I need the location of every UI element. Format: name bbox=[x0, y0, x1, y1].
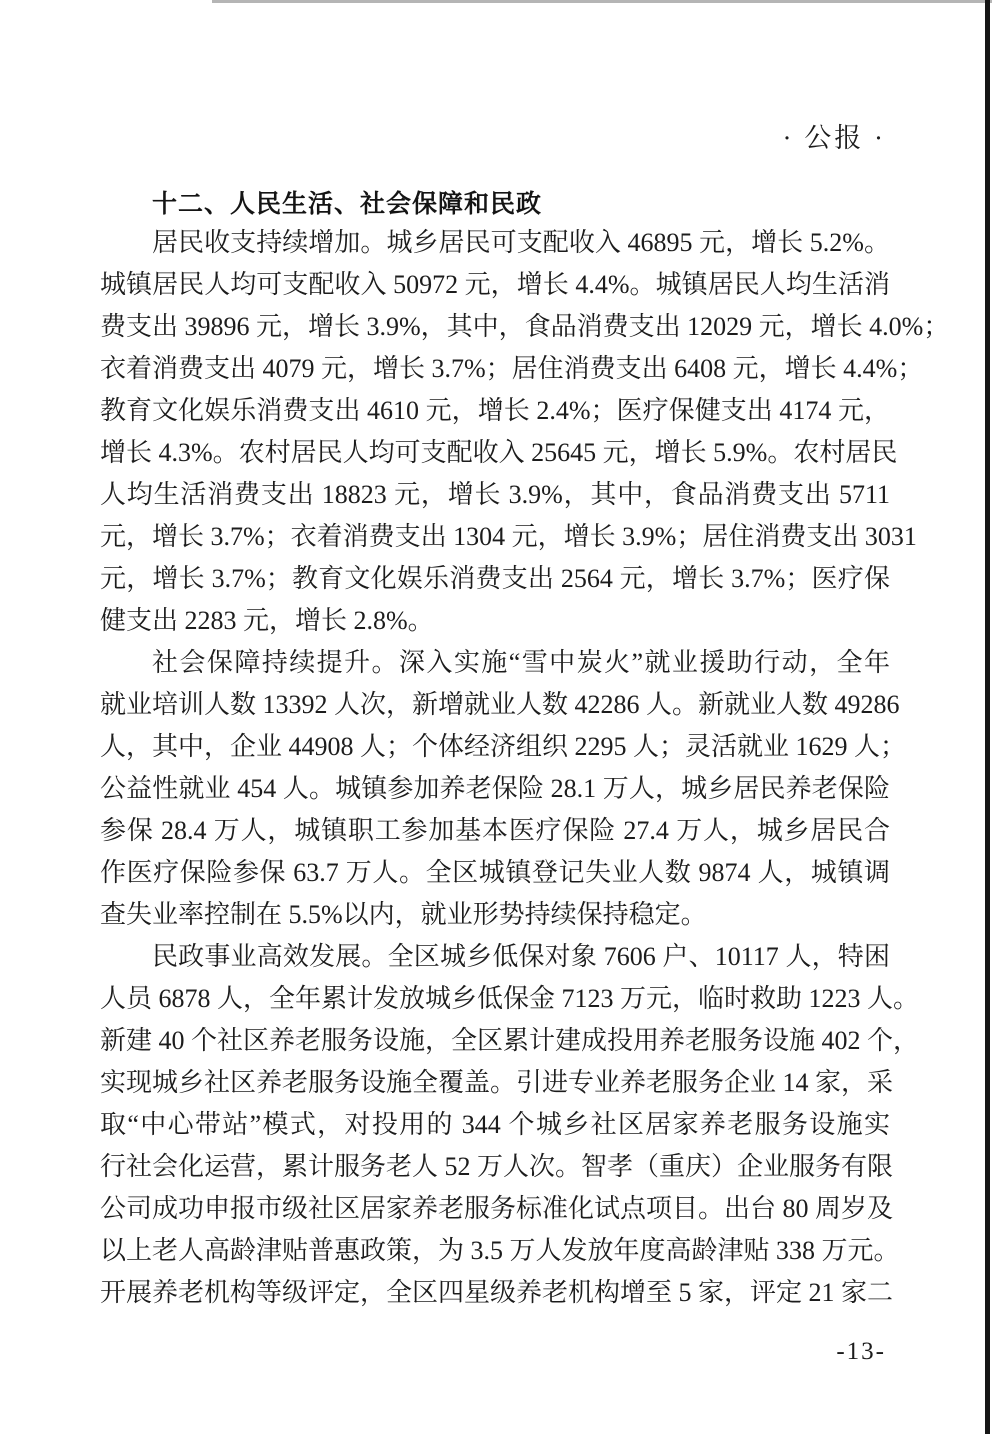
text-line: 居民收支持续增加。城乡居民可支配收入 46895 元，增长 5.2%。 bbox=[100, 222, 890, 264]
text-line: 人员 6878 人，全年累计发放城乡低保金 7123 万元，临时救助 1223 … bbox=[100, 978, 890, 1020]
text-line: 参保 28.4 万人，城镇职工参加基本医疗保险 27.4 万人，城乡居民合 bbox=[100, 810, 890, 852]
text-line: 民政事业高效发展。全区城乡低保对象 7606 户、10117 人，特困 bbox=[100, 936, 890, 978]
text-line: 增长 4.3%。农村居民人均可支配收入 25645 元，增长 5.9%。农村居民 bbox=[100, 432, 890, 474]
text-line: 元，增长 3.7%；衣着消费支出 1304 元，增长 3.9%；居住消费支出 3… bbox=[100, 516, 890, 558]
body-lines: 居民收支持续增加。城乡居民可支配收入 46895 元，增长 5.2%。城镇居民人… bbox=[100, 222, 890, 1314]
text-line: 行社会化运营，累计服务老人 52 万人次。智孝（重庆）企业服务有限 bbox=[100, 1146, 890, 1188]
text-line: 公益性就业 454 人。城镇参加养老保险 28.1 万人，城乡居民养老保险 bbox=[100, 768, 890, 810]
text-line: 人，其中，企业 44908 人；个体经济组织 2295 人；灵活就业 1629 … bbox=[100, 726, 890, 768]
text-line: 查失业率控制在 5.5%以内，就业形势持续保持稳定。 bbox=[100, 894, 890, 936]
text-line: 取“中心带站”模式，对投用的 344 个城乡社区居家养老服务设施实 bbox=[100, 1104, 890, 1146]
text-line: 衣着消费支出 4079 元，增长 3.7%；居住消费支出 6408 元，增长 4… bbox=[100, 348, 890, 390]
text-line: 人均生活消费支出 18823 元，增长 3.9%，其中，食品消费支出 5711 bbox=[100, 474, 890, 516]
right-scan-edge-bar bbox=[985, 0, 990, 1434]
section-title: 十二、人民生活、社会保障和民政 bbox=[152, 182, 542, 226]
document-page: · 公报 · 十二、人民生活、社会保障和民政 居民收支持续增加。城乡居民可支配收… bbox=[0, 0, 992, 1452]
text-line: 公司成功申报市级社区居家养老服务标准化试点项目。出台 80 周岁及 bbox=[100, 1188, 890, 1230]
top-scan-rule bbox=[212, 0, 992, 3]
text-line: 开展养老机构等级评定，全区四星级养老机构增至 5 家，评定 21 家二 bbox=[100, 1272, 890, 1314]
text-line: 就业培训人数 13392 人次，新增就业人数 42286 人。新就业人数 492… bbox=[100, 684, 890, 726]
text-line: 健支出 2283 元，增长 2.8%。 bbox=[100, 600, 890, 642]
text-line: 城镇居民人均可支配收入 50972 元，增长 4.4%。城镇居民人均生活消 bbox=[100, 264, 890, 306]
text-line: 作医疗保险参保 63.7 万人。全区城镇登记失业人数 9874 人，城镇调 bbox=[100, 852, 890, 894]
text-line: 教育文化娱乐消费支出 4610 元，增长 2.4%；医疗保健支出 4174 元， bbox=[100, 390, 890, 432]
text-line: 元，增长 3.7%；教育文化娱乐消费支出 2564 元，增长 3.7%；医疗保 bbox=[100, 558, 890, 600]
running-header: · 公报 · bbox=[783, 116, 886, 155]
text-line: 社会保障持续提升。深入实施“雪中炭火”就业援助行动，全年 bbox=[100, 642, 890, 684]
text-line: 以上老人高龄津贴普惠政策，为 3.5 万人发放年度高龄津贴 338 万元。 bbox=[100, 1230, 890, 1272]
text-line: 实现城乡社区养老服务设施全覆盖。引进专业养老服务企业 14 家，采 bbox=[100, 1062, 890, 1104]
text-line: 新建 40 个社区养老服务设施，全区累计建成投用养老服务设施 402 个， bbox=[100, 1020, 890, 1062]
text-line: 费支出 39896 元，增长 3.9%，其中，食品消费支出 12029 元，增长… bbox=[100, 306, 890, 348]
page-number: -13- bbox=[836, 1338, 886, 1366]
